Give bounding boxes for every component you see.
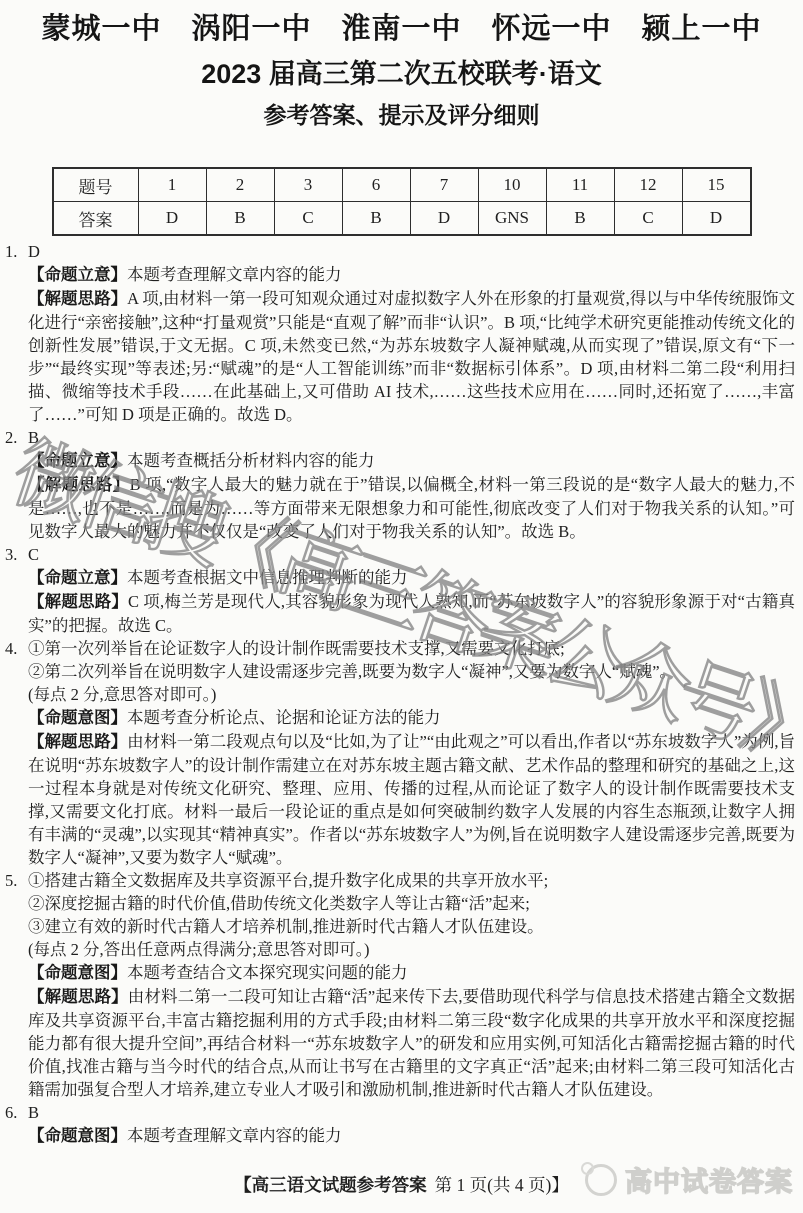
answer-point: ①第一次列举旨在论证数字人的设计制作既需要技术支撑,又需要文化打底; <box>28 639 565 658</box>
question-number-cell: 2 <box>206 168 274 202</box>
part-text: 本题考查结合文本探究现实问题的能力 <box>127 963 408 982</box>
question-number-row: 题号 1 2 3 6 7 10 11 12 15 <box>53 168 751 202</box>
answer-section-5: 5.①搭建古籍全文数据库及共享资源平台,提升数字化成果的共享开放水平; ②深度挖… <box>0 869 803 1101</box>
page-header: 蒙城一中 涡阳一中 淮南一中 怀远一中 颍上一中 2023 届高三第二次五校联考… <box>0 0 803 131</box>
brand-badge: 高中试卷答案 <box>585 1160 793 1199</box>
question-number-cell: 10 <box>478 168 546 202</box>
question-number-cell: 3 <box>274 168 342 202</box>
answer-cell: B <box>206 202 274 236</box>
question-number: 2. <box>5 426 17 449</box>
part-text: 本题考查根据文中信息推理判断的能力 <box>127 568 408 587</box>
answer-subtitle: 参考答案、提示及评分细则 <box>0 100 803 131</box>
part-label: 【解题思路】 <box>28 290 127 308</box>
answer-letter: C <box>28 545 39 564</box>
part-text: 本题考查分析论点、论据和论证方法的能力 <box>127 708 441 727</box>
brand-name: 高中试卷答案 <box>625 1160 793 1199</box>
row-label-answers: 答案 <box>53 202 139 236</box>
answer-point: ②深度挖掘古籍的时代价值,借助传统文化类数字人等让古籍“活”起来; <box>28 894 530 913</box>
question-number: 5. <box>5 869 17 892</box>
circle-logo-icon <box>585 1164 617 1196</box>
answer-letter: B <box>28 1103 39 1122</box>
part-label: 【命题意图】 <box>28 709 127 727</box>
question-number: 6. <box>5 1101 17 1124</box>
scoring-note: (每点 2 分,答出任意两点得满分;意思答对即可。) <box>28 940 369 959</box>
part-text: C 项,梅兰芳是现代人,其容貌形象为现代人熟知,而“苏东坡数字人”的容貌形象源于… <box>28 592 795 635</box>
question-number-cell: 7 <box>410 168 478 202</box>
question-number: 4. <box>5 637 17 660</box>
part-label: 【解题思路】 <box>28 733 127 751</box>
footer-title: 【高三语文试题参考答案 <box>234 1175 427 1195</box>
row-label-numbers: 题号 <box>53 168 139 202</box>
part-label: 【命题意图】 <box>28 964 127 982</box>
school-names: 蒙城一中 涡阳一中 淮南一中 怀远一中 颍上一中 <box>0 10 803 48</box>
answer-section-1: 1.D 【命题立意】本题考查理解文章内容的能力 【解题思路】A 项,由材料一第一… <box>0 240 803 426</box>
exam-answer-page: 蒙城一中 涡阳一中 淮南一中 怀远一中 颍上一中 2023 届高三第二次五校联考… <box>0 0 803 1213</box>
answer-section-4: 4.①第一次列举旨在论证数字人的设计制作既需要技术支撑,又需要文化打底; ②第二… <box>0 637 803 869</box>
answer-point: ③建立有效的新时代古籍人才培养机制,推进新时代古籍人才队伍建设。 <box>28 917 544 936</box>
answer-letter: B <box>28 428 39 447</box>
part-label: 【命题立意】 <box>28 266 127 284</box>
part-text: 由材料一第二段观点句以及“比如,为了让”“由此观之”可以看出,作者以“苏东坡数字… <box>28 732 795 867</box>
question-number: 3. <box>5 543 17 566</box>
exam-title: 2023 届高三第二次五校联考·语文 <box>0 56 803 92</box>
question-number-cell: 12 <box>614 168 682 202</box>
part-label: 【命题立意】 <box>28 569 127 587</box>
answer-row: 答案 D B C B D GNS B C D <box>53 202 751 236</box>
part-text: 本题考查概括分析材料内容的能力 <box>127 451 375 470</box>
answer-cell: C <box>274 202 342 236</box>
answer-cell: B <box>342 202 410 236</box>
answers-body: 1.D 【命题立意】本题考查理解文章内容的能力 【解题思路】A 项,由材料一第一… <box>0 240 803 1148</box>
answer-cell: D <box>138 202 206 236</box>
question-number-cell: 15 <box>682 168 751 202</box>
part-text: A 项,由材料一第一段可知观众通过对虚拟数字人外在形象的打量观赏,得以与中华传统… <box>28 289 795 424</box>
answer-point: ①搭建古籍全文数据库及共享资源平台,提升数字化成果的共享开放水平; <box>28 871 548 890</box>
answer-section-6: 6.B 【命题意图】本题考查理解文章内容的能力 <box>0 1101 803 1148</box>
answer-section-3: 3.C 【命题立意】本题考查根据文中信息推理判断的能力 【解题思路】C 项,梅兰… <box>0 543 803 637</box>
question-number: 1. <box>5 240 17 263</box>
part-label: 【命题立意】 <box>28 452 127 470</box>
answer-point: ②第二次列举旨在说明数字人建设需逐步完善,既要为数字人“凝神”,又要为数字人“赋… <box>28 662 676 681</box>
question-number-cell: 11 <box>546 168 614 202</box>
answer-letter: D <box>28 242 40 261</box>
scoring-note: (每点 2 分,意思答对即可。) <box>28 685 216 704</box>
answer-cell: D <box>410 202 478 236</box>
answer-cell: D <box>682 202 751 236</box>
part-label: 【解题思路】 <box>28 476 130 494</box>
answer-section-2: 2.B 【命题立意】本题考查概括分析材料内容的能力 【解题思路】B 项,“数字人… <box>0 426 803 543</box>
page-indicator: 第 1 页(共 4 页)】 <box>435 1175 569 1195</box>
part-label: 【命题意图】 <box>28 1127 127 1145</box>
answer-key-table: 题号 1 2 3 6 7 10 11 12 15 答案 D B C B D GN… <box>52 167 752 236</box>
part-text: 本题考查理解文章内容的能力 <box>127 265 342 284</box>
question-number-cell: 6 <box>342 168 410 202</box>
answer-cell: B <box>546 202 614 236</box>
answer-cell: GNS <box>478 202 546 236</box>
part-text: B 项,“数字人最大的魅力就在于”错误,以偏概全,材料一第三段说的是“数字人最大… <box>28 475 795 541</box>
answer-cell: C <box>614 202 682 236</box>
part-text: 由材料二第一二段可知让古籍“活”起来传下去,要借助现代科学与信息技术搭建古籍全文… <box>28 987 795 1099</box>
part-text: 本题考查理解文章内容的能力 <box>127 1126 342 1145</box>
part-label: 【解题思路】 <box>28 988 128 1006</box>
question-number-cell: 1 <box>138 168 206 202</box>
part-label: 【解题思路】 <box>28 593 128 611</box>
